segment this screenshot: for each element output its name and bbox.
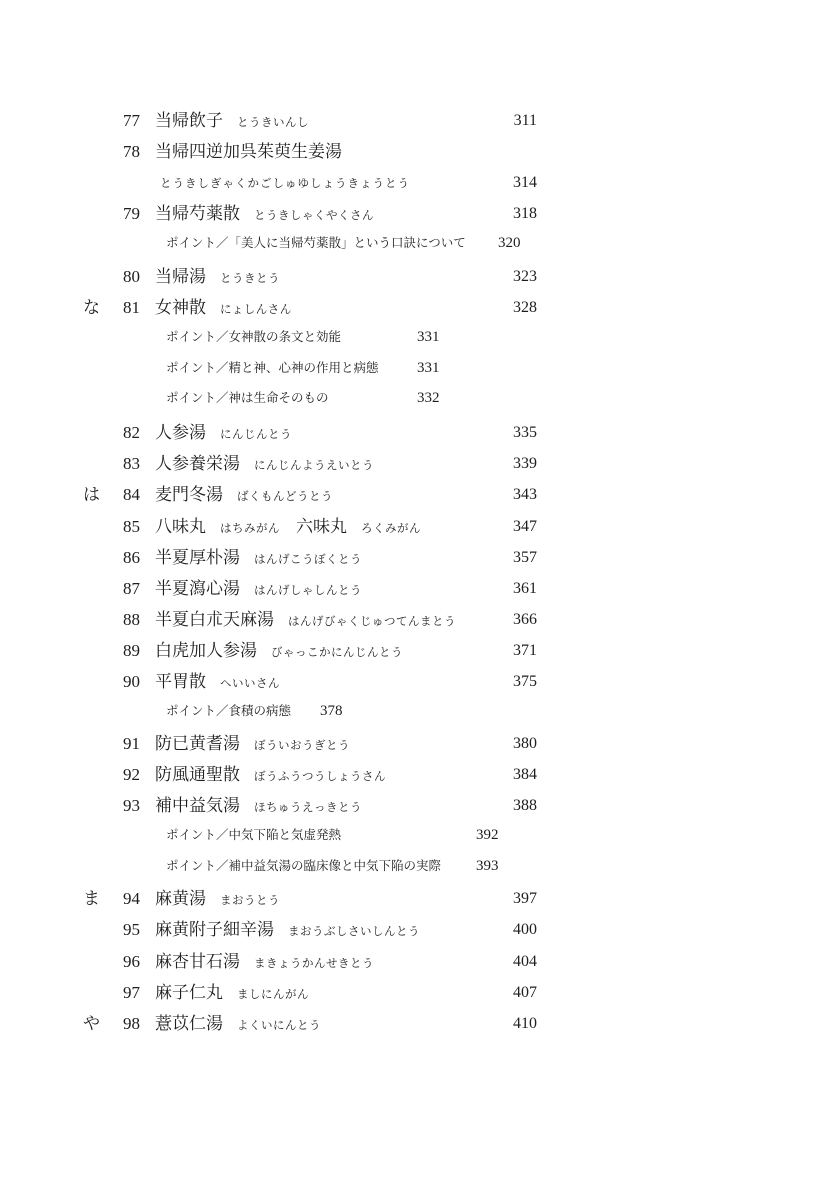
page-number: 357 (513, 545, 537, 571)
page-number: 392 (476, 822, 499, 848)
point-title: ポイント／食積の病態 (166, 698, 291, 724)
toc-point-subentry[interactable]: ポイント／女神散の条文と効能331 (0, 324, 830, 350)
page-number: 328 (513, 295, 537, 321)
entry-number: 81 (123, 295, 140, 321)
entry-number: 84 (123, 482, 140, 508)
entry-title: 女神散 (155, 298, 206, 318)
entry-title: 防已黄耆湯 (155, 734, 240, 754)
toc-entry[interactable]: 83人参養栄湯にんじんようえいとう339 (0, 451, 830, 477)
toc-point-subentry[interactable]: ポイント／補中益気湯の臨床像と中気下陥の実際393 (0, 853, 830, 879)
page-number: 331 (417, 324, 440, 350)
toc-entry[interactable]: 80当帰湯とうきとう323 (0, 264, 830, 290)
page-number: 332 (417, 385, 440, 411)
entry-title: 半夏瀉心湯 (155, 579, 240, 599)
point-title: ポイント／中気下陥と気虚発熱 (166, 822, 341, 848)
entry-title: 当帰四逆加呉茱萸生姜湯 (155, 142, 342, 162)
page-number: 380 (513, 731, 537, 757)
toc-entry[interactable]: 77当帰飲子とうきいんし311 (0, 108, 830, 134)
entry-title-group: 半夏白朮天麻湯はんげびゃくじゅつてんまとう (155, 607, 472, 634)
toc-point-subentry[interactable]: ポイント／食積の病態378 (0, 698, 830, 724)
entry-title-group: 当帰湯とうきとう (155, 264, 296, 291)
entry-title-group: 麻子仁丸ましにんがん (155, 980, 325, 1007)
entry-title-group: 八味丸はちみがん六味丸ろくみがん (155, 514, 437, 541)
page-number: 366 (513, 607, 537, 633)
entry-reading: とうきしゃくやくさん (254, 208, 374, 222)
entry-title-group: 当帰四逆加呉茱萸生姜湯 (155, 139, 342, 165)
entry-title: 薏苡仁湯 (155, 1014, 223, 1034)
point-title: ポイント／「美人に当帰芍薬散」という口訣について (166, 230, 466, 256)
page-number: 335 (513, 420, 537, 446)
toc-entry[interactable]: 79当帰芍薬散とうきしゃくやくさん318 (0, 201, 830, 227)
page-number: 343 (513, 482, 537, 508)
toc-entry[interactable]: 90平胃散へいいさん375 (0, 669, 830, 695)
entry-reading: はちみがん (220, 521, 280, 535)
toc-entry[interactable]: 78当帰四逆加呉茱萸生姜湯 (0, 139, 830, 165)
entry-reading: はんげしゃしんとう (254, 583, 362, 597)
page-number: 397 (513, 886, 537, 912)
toc-entry[interactable]: 97麻子仁丸ましにんがん407 (0, 980, 830, 1006)
entry-title: 人参養栄湯 (155, 454, 240, 474)
entry-title: 麻黄附子細辛湯 (155, 920, 274, 940)
entry-title-group: 麦門冬湯ばくもんどうとう (155, 482, 349, 509)
toc-entry[interactable]: は84麦門冬湯ばくもんどうとう343 (0, 482, 830, 508)
toc-entry[interactable]: 86半夏厚朴湯はんげこうぼくとう357 (0, 545, 830, 571)
entry-title-group: 麻黄湯まおうとう (155, 886, 296, 913)
toc-entry[interactable]: や98薏苡仁湯よくいにんとう410 (0, 1011, 830, 1037)
section-kana-marker: は (83, 482, 100, 508)
entry-title-secondary: 六味丸 (296, 517, 347, 537)
point-title: ポイント／女神散の条文と効能 (166, 324, 341, 350)
entry-title-group: 女神散にょしんさん (155, 295, 308, 322)
entry-number: 93 (123, 793, 140, 819)
entry-reading: はんげびゃくじゅつてんまとう (288, 614, 456, 628)
toc-entry[interactable]: 88半夏白朮天麻湯はんげびゃくじゅつてんまとう366 (0, 607, 830, 633)
toc-entry[interactable]: 85八味丸はちみがん六味丸ろくみがん347 (0, 514, 830, 540)
toc-entry-reading-line[interactable]: とうきしぎゃくかごしゅゆしょうきょうとう314 (0, 170, 830, 196)
entry-number: 86 (123, 545, 140, 571)
entry-reading: ばくもんどうとう (237, 489, 333, 503)
section-kana-marker: な (83, 295, 100, 321)
entry-reading: にょしんさん (220, 302, 292, 316)
entry-number: 92 (123, 762, 140, 788)
entry-title-group: 人参養栄湯にんじんようえいとう (155, 451, 390, 478)
page-number: 371 (513, 638, 537, 664)
entry-reading: びゃっこかにんじんとう (271, 645, 403, 659)
entry-number: 98 (123, 1011, 140, 1037)
toc-point-subentry[interactable]: ポイント／中気下陥と気虚発熱392 (0, 822, 830, 848)
page-number: 314 (513, 170, 537, 196)
page-number: 331 (417, 355, 440, 381)
entry-reading: ぼういおうぎとう (254, 738, 350, 752)
entry-number: 91 (123, 731, 140, 757)
page-number: 339 (513, 451, 537, 477)
entry-number: 83 (123, 451, 140, 477)
entry-number: 80 (123, 264, 140, 290)
toc-entry[interactable]: 96麻杏甘石湯まきょうかんせきとう404 (0, 949, 830, 975)
entry-number: 90 (123, 669, 140, 695)
page-number: 347 (513, 514, 537, 540)
entry-reading: はんげこうぼくとう (254, 552, 362, 566)
entry-number: 97 (123, 980, 140, 1006)
toc-entry[interactable]: ま94麻黄湯まおうとう397 (0, 886, 830, 912)
entry-number: 82 (123, 420, 140, 446)
entry-reading: まおうとう (220, 893, 280, 907)
page-number: 393 (476, 853, 499, 879)
entry-reading: ぼうふうつうしょうさん (254, 769, 386, 783)
page-number: 323 (513, 264, 537, 290)
point-title: ポイント／補中益気湯の臨床像と中気下陥の実際 (166, 853, 441, 879)
page-number: 378 (320, 698, 343, 724)
entry-reading: とうきとう (220, 271, 280, 285)
toc-entry[interactable]: 82人参湯にんじんとう335 (0, 420, 830, 446)
entry-title-group: 麻杏甘石湯まきょうかんせきとう (155, 949, 390, 976)
entry-reading: にんじんとう (220, 427, 292, 441)
entry-number: 79 (123, 201, 140, 227)
entry-number: 85 (123, 514, 140, 540)
page-number: 320 (498, 230, 521, 256)
entry-title-group: 補中益気湯ほちゅうえっきとう (155, 793, 378, 820)
entry-title: 八味丸 (155, 517, 206, 537)
entry-number: 77 (123, 108, 140, 134)
toc-entry[interactable]: 91防已黄耆湯ぼういおうぎとう380 (0, 731, 830, 757)
page-number: 404 (513, 949, 537, 975)
entry-title-group: 半夏瀉心湯はんげしゃしんとう (155, 576, 378, 603)
entry-reading: へいいさん (220, 676, 280, 690)
page-number: 311 (514, 108, 537, 134)
entry-title: 麻杏甘石湯 (155, 952, 240, 972)
page-number: 361 (513, 576, 537, 602)
table-of-contents: 77当帰飲子とうきいんし31178当帰四逆加呉茱萸生姜湯とうきしぎゃくかごしゅゆ… (0, 0, 830, 1178)
entry-title-group: 当帰飲子とうきいんし (155, 108, 325, 135)
entry-title: 白虎加人参湯 (155, 641, 257, 661)
page-number: 384 (513, 762, 537, 788)
entry-title: 半夏厚朴湯 (155, 548, 240, 568)
entry-title: 当帰湯 (155, 267, 206, 287)
entry-title-group: 平胃散へいいさん (155, 669, 296, 696)
entry-number: 96 (123, 949, 140, 975)
entry-title: 当帰飲子 (155, 111, 223, 131)
page-number: 400 (513, 917, 537, 943)
page-number: 410 (513, 1011, 537, 1037)
toc-point-subentry[interactable]: ポイント／神は生命そのもの332 (0, 385, 830, 411)
toc-entry[interactable]: な81女神散にょしんさん328 (0, 295, 830, 321)
entry-title: 半夏白朮天麻湯 (155, 610, 274, 630)
section-kana-marker: ま (83, 886, 100, 912)
entry-title-group: 麻黄附子細辛湯まおうぶしさいしんとう (155, 917, 436, 944)
entry-title-group: 防風通聖散ぼうふうつうしょうさん (155, 762, 402, 789)
toc-entry[interactable]: 89白虎加人参湯びゃっこかにんじんとう371 (0, 638, 830, 664)
entry-number: 89 (123, 638, 140, 664)
entry-title-group: 白虎加人参湯びゃっこかにんじんとう (155, 638, 419, 665)
entry-title: 当帰芍薬散 (155, 204, 240, 224)
entry-reading: とうきしぎゃくかごしゅゆしょうきょうとう (160, 170, 410, 196)
toc-entry[interactable]: 93補中益気湯ほちゅうえっきとう388 (0, 793, 830, 819)
page-number: 318 (513, 201, 537, 227)
section-kana-marker: や (83, 1011, 100, 1037)
entry-number: 95 (123, 917, 140, 943)
page-number: 375 (513, 669, 537, 695)
point-title: ポイント／神は生命そのもの (166, 385, 329, 411)
entry-title: 平胃散 (155, 672, 206, 692)
entry-number: 78 (123, 139, 140, 165)
entry-reading: とうきいんし (237, 115, 309, 129)
entry-title-group: 人参湯にんじんとう (155, 420, 308, 447)
entry-title-group: 半夏厚朴湯はんげこうぼくとう (155, 545, 378, 572)
toc-point-subentry[interactable]: ポイント／精と神、心神の作用と病態331 (0, 355, 830, 381)
entry-title: 麻黄湯 (155, 889, 206, 909)
entry-reading-secondary: ろくみがん (361, 521, 421, 535)
entry-number: 87 (123, 576, 140, 602)
entry-reading: まきょうかんせきとう (254, 956, 374, 970)
toc-point-subentry[interactable]: ポイント／「美人に当帰芍薬散」という口訣について320 (0, 230, 830, 256)
page-number: 388 (513, 793, 537, 819)
entry-title: 麻子仁丸 (155, 983, 223, 1003)
entry-title-group: 薏苡仁湯よくいにんとう (155, 1011, 337, 1038)
point-title: ポイント／精と神、心神の作用と病態 (166, 355, 379, 381)
entry-reading: ましにんがん (237, 987, 309, 1001)
entry-reading: ほちゅうえっきとう (254, 800, 362, 814)
entry-title: 麦門冬湯 (155, 485, 223, 505)
entry-reading: まおうぶしさいしんとう (288, 924, 420, 938)
toc-entry[interactable]: 95麻黄附子細辛湯まおうぶしさいしんとう400 (0, 917, 830, 943)
toc-entry[interactable]: 92防風通聖散ぼうふうつうしょうさん384 (0, 762, 830, 788)
entry-reading: にんじんようえいとう (254, 458, 374, 472)
entry-title: 人参湯 (155, 423, 206, 443)
entry-title-group: 防已黄耆湯ぼういおうぎとう (155, 731, 366, 758)
page-number: 407 (513, 980, 537, 1006)
entry-title-group: 当帰芍薬散とうきしゃくやくさん (155, 201, 390, 228)
entry-title: 防風通聖散 (155, 765, 240, 785)
entry-number: 94 (123, 886, 140, 912)
entry-number: 88 (123, 607, 140, 633)
entry-reading: よくいにんとう (237, 1018, 321, 1032)
toc-entry[interactable]: 87半夏瀉心湯はんげしゃしんとう361 (0, 576, 830, 602)
entry-title: 補中益気湯 (155, 796, 240, 816)
